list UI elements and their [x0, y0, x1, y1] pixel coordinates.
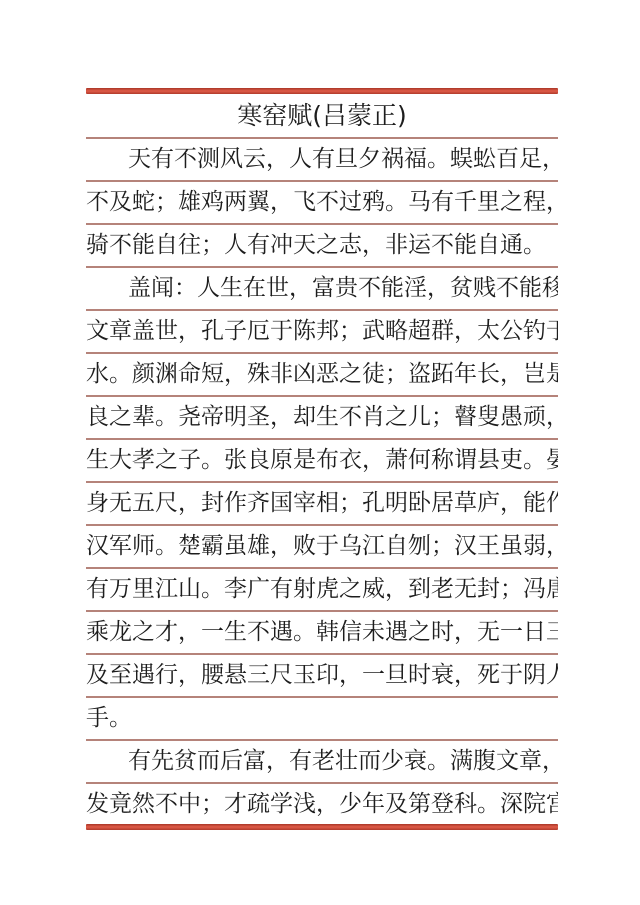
- text-line-11: 有万里江山。李广有射虎之威，到老无封；冯唐有: [86, 569, 558, 612]
- text-line-12: 乘龙之才，一生不遇。韩信未遇之时，无一日三餐，: [86, 612, 558, 655]
- text-line-6: 水。颜渊命短，殊非凶恶之徒；盗跖年长，岂是善: [86, 354, 558, 397]
- page-title: 寒窑赋(吕蒙正): [86, 96, 558, 139]
- text-line-3: 骑不能自往；人有冲天之志，非运不能自通。: [86, 225, 558, 268]
- text-line-8: 生大孝之子。张良原是布衣，萧何称谓县吏。晏子: [86, 440, 558, 483]
- text-line-16: 发竟然不中；才疏学浅，少年及第登科。深院宫娥，: [86, 784, 558, 827]
- document-content: 寒窑赋(吕蒙正) 天有不测风云，人有旦夕祸福。蜈蚣百足，行 不及蛇；雄鸡两翼，飞…: [86, 96, 558, 827]
- text-line-2: 不及蛇；雄鸡两翼，飞不过鸦。马有千里之程，无: [86, 182, 558, 225]
- top-border-rule: [86, 88, 558, 94]
- document-page: 寒窑赋(吕蒙正) 天有不测风云，人有旦夕祸福。蜈蚣百足，行 不及蛇；雄鸡两翼，飞…: [0, 0, 640, 905]
- text-line-4: 盖闻：人生在世，富贵不能淫，贫贱不能移。: [86, 268, 558, 311]
- text-line-7: 良之辈。尧帝明圣，却生不肖之儿；瞽叟愚顽，反: [86, 397, 558, 440]
- bottom-border-rule: [86, 824, 558, 830]
- text-line-13: 及至遇行，腰悬三尺玉印，一旦时衰，死于阴人之: [86, 655, 558, 698]
- text-line-1: 天有不测风云，人有旦夕祸福。蜈蚣百足，行: [86, 139, 558, 182]
- text-line-15: 有先贫而后富，有老壮而少衰。满腹文章，白: [86, 741, 558, 784]
- text-line-5: 文章盖世，孔子厄于陈邦；武略超群，太公钓于渭: [86, 311, 558, 354]
- text-line-10: 汉军师。楚霸虽雄，败于乌江自刎；汉王虽弱，竟: [86, 526, 558, 569]
- text-line-14: 手。: [86, 698, 558, 741]
- text-line-9: 身无五尺，封作齐国宰相；孔明卧居草庐，能作蜀: [86, 483, 558, 526]
